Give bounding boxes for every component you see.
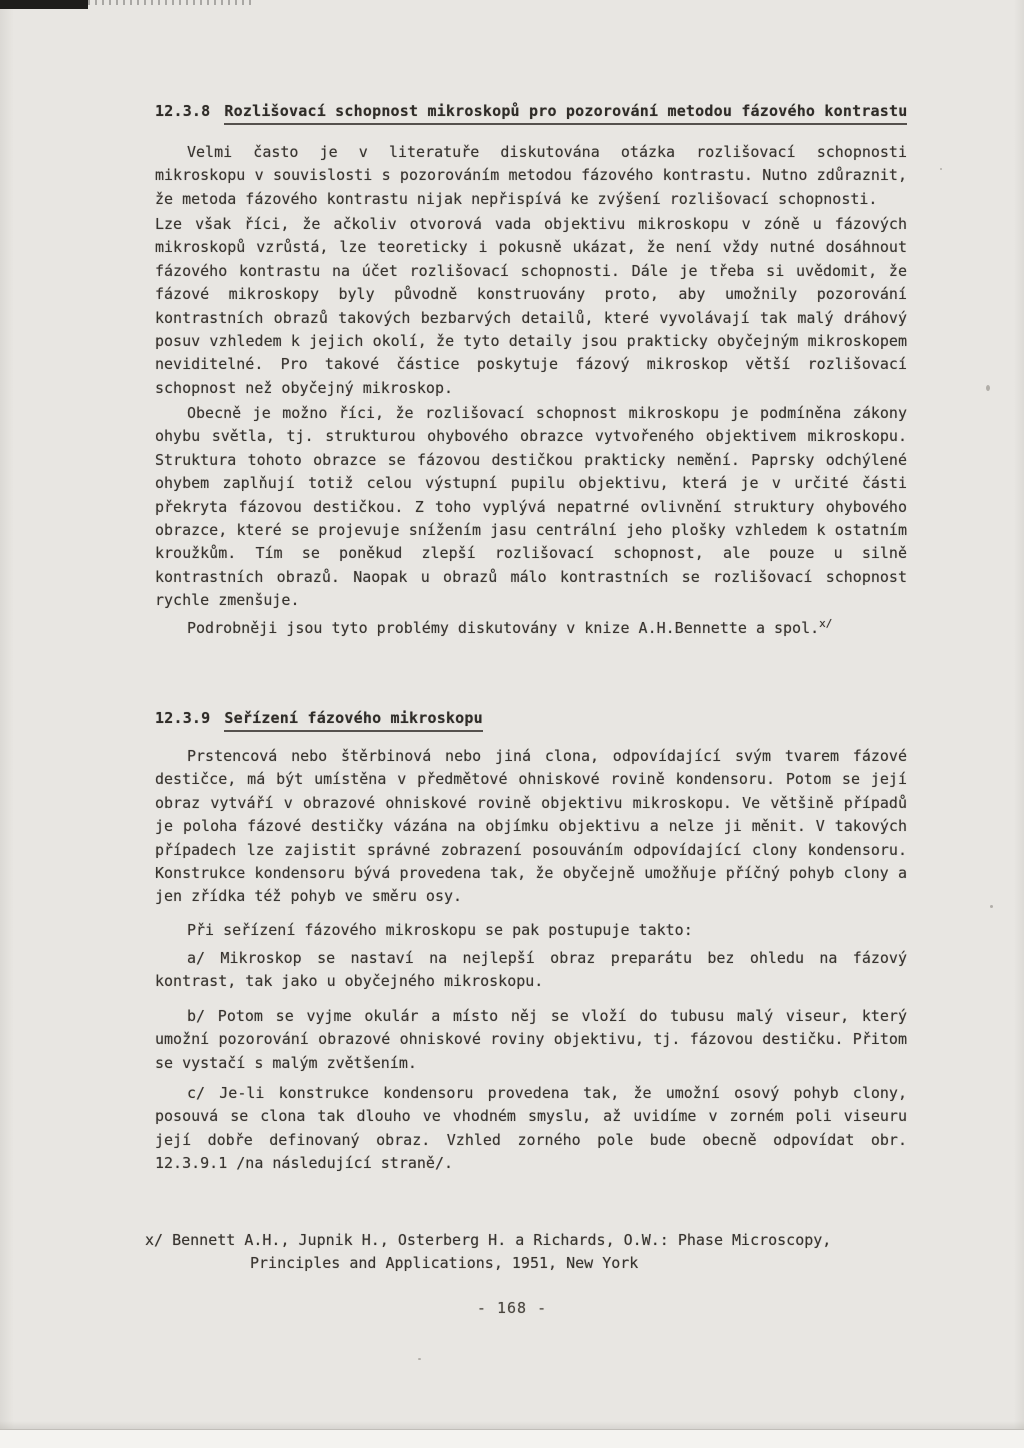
scan-edge-artifact — [0, 0, 88, 9]
paper-bottom-edge — [0, 1429, 1024, 1448]
section-number: 12.3.9 — [155, 709, 210, 727]
section-number: 12.3.8 — [155, 102, 210, 120]
section-title: Seřízení fázového mikroskopu — [224, 709, 482, 732]
paragraph-text: Podrobněji jsou tyto problémy diskutován… — [187, 619, 819, 637]
footnote: x/ Bennett A.H., Jupnik H., Osterberg H.… — [145, 1229, 965, 1276]
paragraph: Při seřízení fázového mikroskopu se pak … — [155, 919, 907, 942]
scan-edge-streaks — [88, 0, 253, 5]
paper-speck — [940, 168, 942, 170]
paragraph-with-reference: Podrobněji jsou tyto problémy diskutován… — [155, 617, 907, 640]
paragraph: Lze však říci, že ačkoliv otvorová vada … — [155, 213, 907, 400]
list-item-b: b/ Potom se vyjme okulár a místo něj se … — [155, 1005, 907, 1075]
section-heading-12-3-9: 12.3.9Seřízení fázového mikroskopu — [155, 707, 483, 730]
scanned-page: 12.3.8Rozlišovací schopnost mikroskopů p… — [0, 0, 1024, 1429]
list-item-a: a/ Mikroskop se nastaví na nejlepší obra… — [155, 947, 907, 994]
paragraph: Prstencová nebo štěrbinová nebo jiná clo… — [155, 745, 907, 909]
section-heading-12-3-8: 12.3.8Rozlišovací schopnost mikroskopů p… — [155, 100, 907, 123]
footnote-marker: x/ — [145, 1231, 163, 1249]
list-item-c: c/ Je-li konstrukce kondensoru provedena… — [155, 1082, 907, 1176]
page-number: - 168 - — [0, 1299, 1024, 1317]
footnote-line: Principles and Applications, 1951, New Y… — [145, 1252, 965, 1275]
footnote-reference-mark: x/ — [819, 617, 832, 630]
paragraph: Velmi často je v literatuře diskutována … — [155, 141, 907, 211]
paper-speck — [986, 385, 990, 391]
section-title: Rozlišovací schopnost mikroskopů pro poz… — [224, 102, 907, 125]
footnote-line: x/ Bennett A.H., Jupnik H., Osterberg H.… — [145, 1229, 965, 1252]
paragraph: Obecně je možno říci, že rozlišovací sch… — [155, 402, 907, 613]
paper-speck — [990, 905, 993, 908]
footnote-text: Bennett A.H., Jupnik H., Osterberg H. a … — [172, 1231, 831, 1249]
paper-speck — [418, 1358, 421, 1360]
